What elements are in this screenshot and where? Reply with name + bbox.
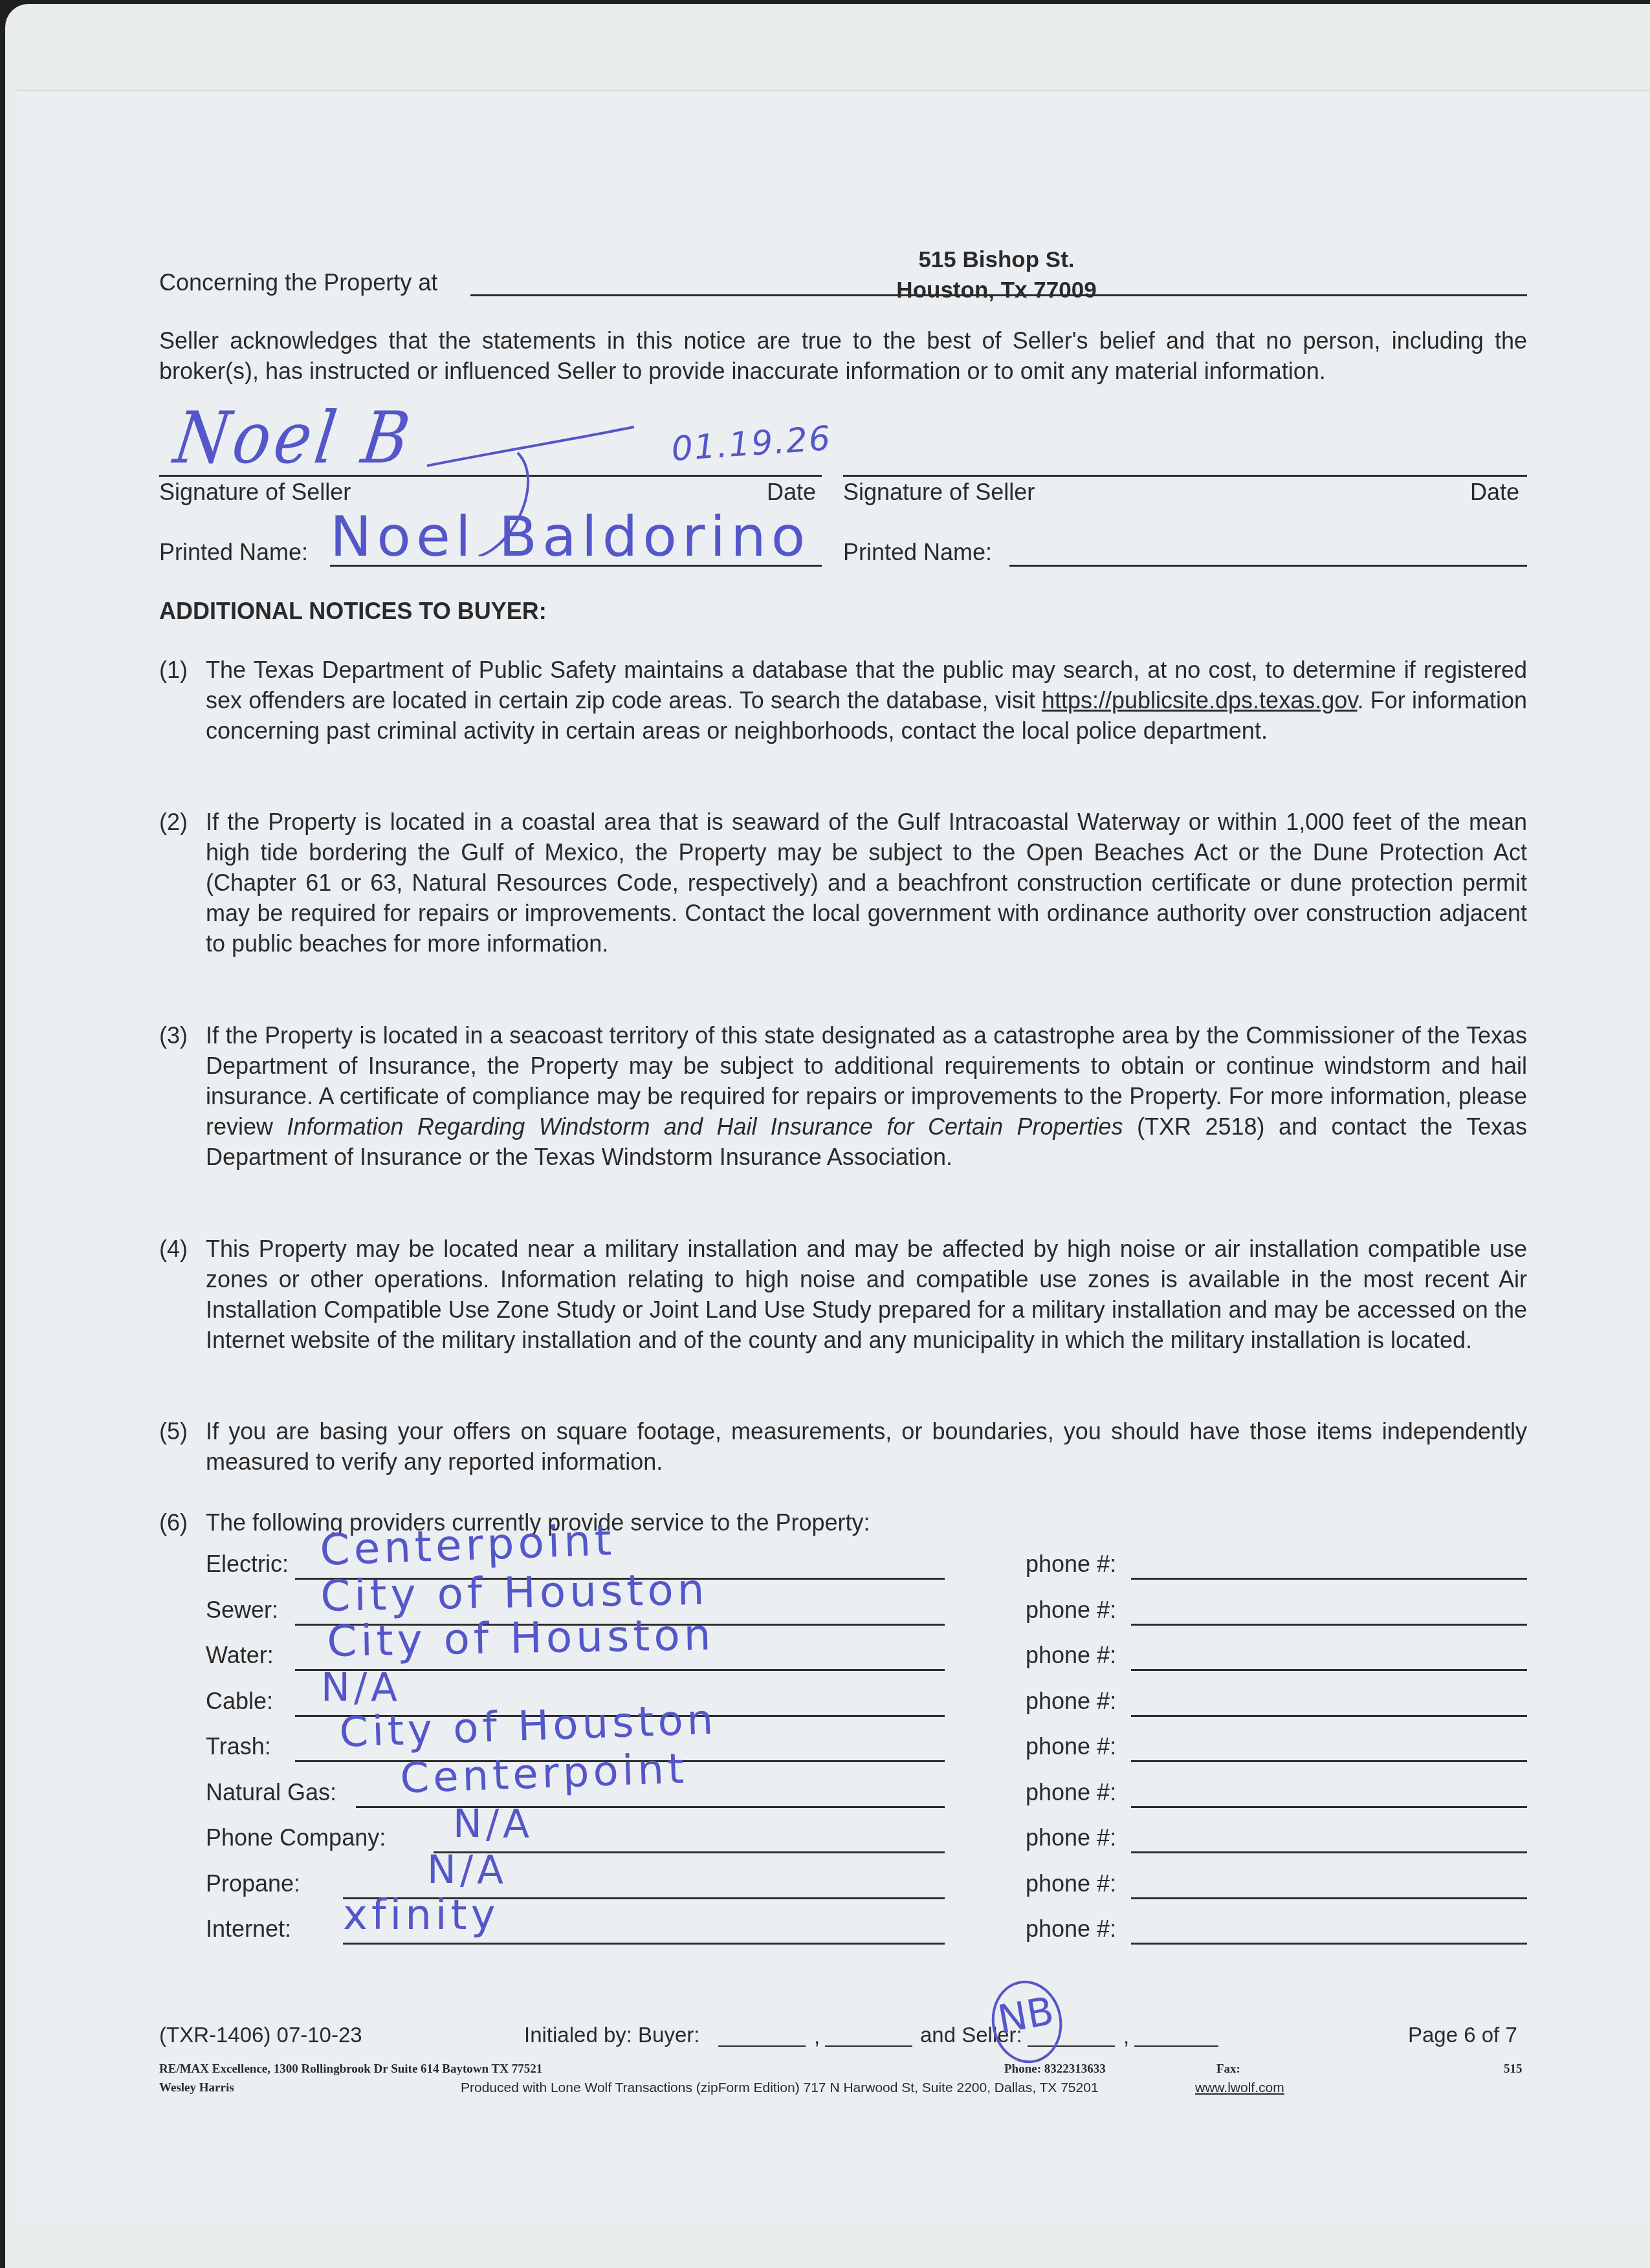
phone-label: phone #: [1026, 1824, 1116, 1851]
agent-name: Wesley Harris [159, 2081, 234, 2095]
notice-5-number: (5) [159, 1416, 188, 1446]
notice-3-text: If the Property is located in a seacoast… [206, 1020, 1527, 1172]
phone-label: phone #: [1026, 1915, 1116, 1943]
utility-provider-value: N/A [453, 1798, 533, 1850]
property-label: Concerning the Property at [159, 267, 437, 298]
seller-initial-comma: , [1123, 2021, 1129, 2051]
property-address-underline [470, 294, 1527, 296]
buyer-initial-2[interactable] [825, 2045, 912, 2047]
property-address-line2: Houston, Tx 77009 [466, 275, 1527, 305]
utility-label: Sewer: [206, 1597, 278, 1624]
phone-label: phone #: [1026, 1642, 1116, 1669]
utility-phone-field[interactable] [1131, 1669, 1527, 1671]
notice-1-number: (1) [159, 655, 188, 685]
notice-2-number: (2) [159, 807, 188, 837]
seller1-date-label: Date [767, 477, 816, 507]
utility-phone-field[interactable] [1131, 1760, 1527, 1762]
notice-4-text: This Property may be located near a mili… [206, 1234, 1527, 1355]
notice-2-text: If the Property is located in a coastal … [206, 807, 1527, 959]
notice-5: (5) If you are basing your offers on squ… [159, 1416, 1527, 1477]
seller1-printed-name: Noel Baldorino [330, 505, 810, 569]
utility-phone-field[interactable] [1131, 1624, 1527, 1626]
utility-label: Cable: [206, 1688, 273, 1715]
txr-2518-title: Information Regarding Windstorm and Hail… [287, 1113, 1123, 1140]
notice-4: (4) This Property may be located near a … [159, 1234, 1527, 1355]
utility-provider-value: xfinity [343, 1890, 500, 1941]
notice-1: (1) The Texas Department of Public Safet… [159, 655, 1527, 746]
additional-notices-heading: ADDITIONAL NOTICES TO BUYER: [159, 596, 547, 626]
agent-phone: Phone: 8322313633 [1004, 2062, 1106, 2077]
notice-3-number: (3) [159, 1020, 188, 1051]
buyer-initial-comma: , [814, 2021, 820, 2051]
utility-provider-value: N/A [427, 1844, 507, 1896]
utility-label: Internet: [206, 1915, 291, 1943]
phone-label: phone #: [1026, 1597, 1116, 1624]
brokerage-info: RE/MAX Excellence, 1300 Rollingbrook Dr … [159, 2062, 542, 2077]
lwolf-link[interactable]: www.lwolf.com [1195, 2080, 1284, 2096]
initialed-by-buyer-label: Initialed by: Buyer: [524, 2020, 699, 2050]
notice-3: (3) If the Property is located in a seac… [159, 1020, 1527, 1172]
form-id: (TXR-1406) 07-10-23 [159, 2020, 362, 2050]
utility-phone-field[interactable] [1131, 1806, 1527, 1808]
seller2-printed-name-label: Printed Name: [843, 537, 992, 567]
seller-initial-2[interactable] [1134, 2045, 1218, 2047]
agent-fax: Fax: [1216, 2062, 1240, 2077]
seller2-signature-label: Signature of Seller [843, 477, 1035, 507]
notice-2: (2) If the Property is located in a coas… [159, 807, 1527, 959]
utility-label: Propane: [206, 1870, 300, 1897]
utility-label: Natural Gas: [206, 1779, 336, 1806]
phone-label: phone #: [1026, 1779, 1116, 1806]
utility-label: Electric: [206, 1551, 289, 1578]
utility-phone-field[interactable] [1131, 1943, 1527, 1945]
notice-5-text: If you are basing your offers on square … [206, 1416, 1527, 1477]
utility-provider-value: Centerpoint [399, 1743, 688, 1804]
utility-phone-field[interactable] [1131, 1851, 1527, 1853]
phone-label: phone #: [1026, 1870, 1116, 1897]
utility-label: Water: [206, 1642, 274, 1669]
phone-label: phone #: [1026, 1551, 1116, 1578]
file-reference: 515 [1504, 2062, 1523, 2077]
utility-label: Trash: [206, 1733, 271, 1760]
utility-label: Phone Company: [206, 1824, 386, 1851]
phone-label: phone #: [1026, 1733, 1116, 1760]
seller2-printed-name-line[interactable] [1009, 565, 1527, 567]
utility-phone-field[interactable] [1131, 1715, 1527, 1717]
buyer-initial-1[interactable] [718, 2045, 806, 2047]
phone-label: phone #: [1026, 1688, 1116, 1715]
dps-link[interactable]: https://publicsite.dps.texas.gov [1042, 687, 1358, 714]
notice-4-number: (4) [159, 1234, 188, 1264]
seller1-printed-name-label: Printed Name: [159, 537, 308, 567]
page-number: Page 6 of 7 [1408, 2020, 1517, 2050]
utility-phone-field[interactable] [1131, 1578, 1527, 1580]
notice-6-number: (6) [159, 1507, 188, 1538]
utility-provider-field[interactable] [434, 1851, 945, 1853]
notice-1-text: The Texas Department of Public Safety ma… [206, 655, 1527, 746]
utility-provider-field[interactable] [356, 1806, 945, 1808]
utility-provider-value: City of Houston [327, 1609, 716, 1668]
utility-provider-field[interactable] [343, 1943, 945, 1945]
seller-acknowledgement: Seller acknowledges that the statements … [159, 325, 1527, 386]
utility-phone-field[interactable] [1131, 1897, 1527, 1899]
property-address-line1: 515 Bishop St. [466, 245, 1527, 275]
produced-with: Produced with Lone Wolf Transactions (zi… [461, 2080, 1099, 2096]
seller2-date-label: Date [1470, 477, 1519, 507]
